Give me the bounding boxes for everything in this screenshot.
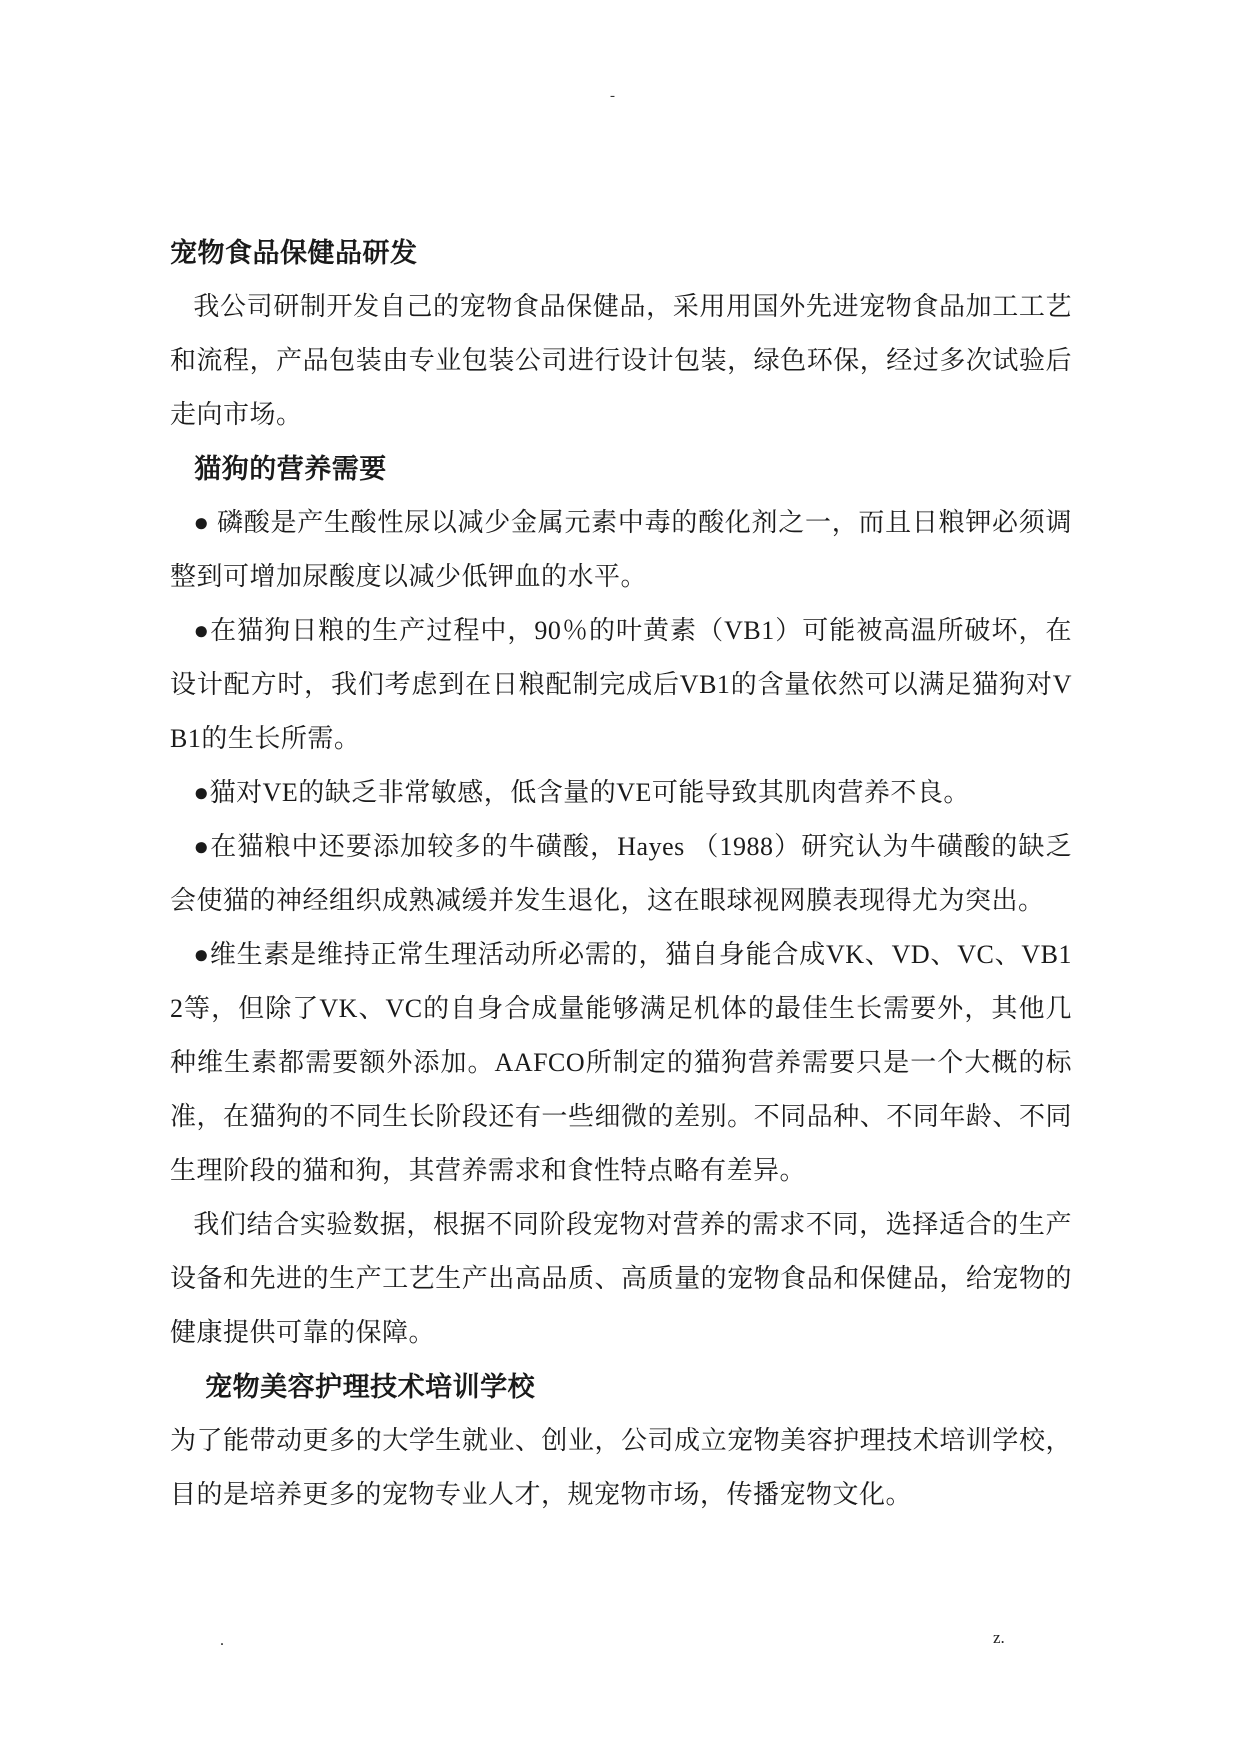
- section-heading-food-rnd: 宠物食品保健品研发: [170, 226, 1072, 280]
- bullet-item-phosphoric-acid: ● 磷酸是产生酸性尿以减少金属元素中毒的酸化剂之一，而且日粮钾必须调整到可增加尿…: [170, 496, 1072, 604]
- section-heading-training-school: 宠物美容护理技术培训学校: [170, 1360, 1072, 1414]
- paragraph-nutrition-closing: 我们结合实验数据，根据不同阶段宠物对营养的需求不同，选择适合的生产设备和先进的生…: [170, 1198, 1072, 1360]
- bullet-item-ve: ●猫对VE的缺乏非常敏感，低含量的VE可能导致其肌肉营养不良。: [170, 766, 1072, 820]
- footer-left-mark: .: [220, 1632, 224, 1650]
- bullet-item-taurine: ●在猫粮中还要添加较多的牛磺酸，Hayes （1988）研究认为牛磺酸的缺乏会使…: [170, 820, 1072, 928]
- document-content: 宠物食品保健品研发 我公司研制开发自己的宠物食品保健品，采用用国外先进宠物食品加…: [170, 226, 1072, 1522]
- section-heading-nutrition: 猫狗的营养需要: [170, 442, 1072, 496]
- page-top-mark: -: [610, 88, 615, 105]
- paragraph-food-rnd: 我公司研制开发自己的宠物食品保健品，采用用国外先进宠物食品加工工艺和流程，产品包…: [170, 280, 1072, 442]
- paragraph-training-school: 为了能带动更多的大学生就业、创业，公司成立宠物美容护理技术培训学校，目的是培养更…: [170, 1414, 1072, 1522]
- document-page: - 宠物食品保健品研发 我公司研制开发自己的宠物食品保健品，采用用国外先进宠物食…: [0, 0, 1240, 1753]
- bullet-item-vitamins: ●维生素是维持正常生理活动所必需的，猫自身能合成VK、VD、VC、VB12等，但…: [170, 928, 1072, 1198]
- footer-right-mark: z.: [993, 1628, 1005, 1648]
- bullet-item-vb1: ●在猫狗日粮的生产过程中，90％的叶黄素（VB1）可能被高温所破坏，在设计配方时…: [170, 604, 1072, 766]
